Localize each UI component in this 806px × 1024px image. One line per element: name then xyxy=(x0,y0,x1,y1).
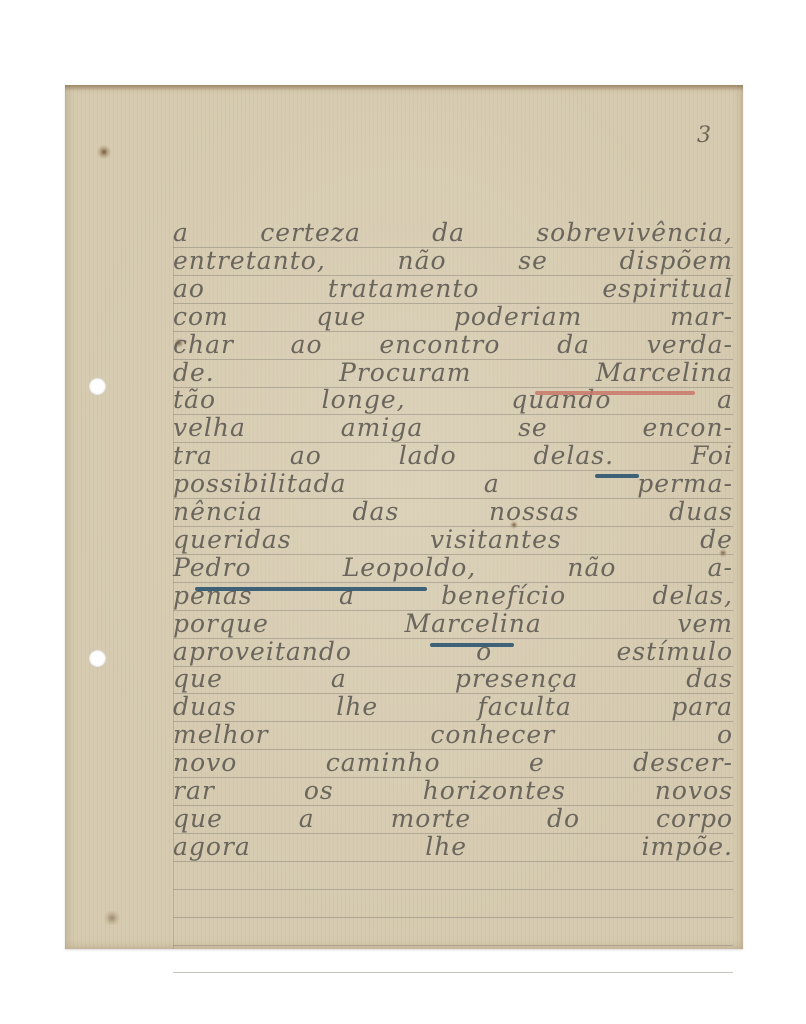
word: estímulo xyxy=(616,638,733,666)
word: encon- xyxy=(643,414,734,442)
word: o xyxy=(476,638,492,666)
word: possibilitada xyxy=(173,470,347,498)
word: tra xyxy=(173,442,213,470)
word: visitantes xyxy=(430,526,562,554)
punch-hole-top xyxy=(89,378,106,395)
text-line: comquepoderiammar- xyxy=(173,305,733,333)
word: lado xyxy=(399,442,457,470)
word: nossas xyxy=(489,498,580,526)
word: entretanto, xyxy=(173,247,326,275)
word: descer- xyxy=(633,749,733,777)
word: poderiam xyxy=(454,303,582,331)
word: duas xyxy=(173,693,237,721)
word: conhecer xyxy=(430,721,555,749)
word: e xyxy=(529,749,545,777)
word: presença xyxy=(455,665,578,693)
text-line: porqueMarcelinavem xyxy=(173,612,733,640)
text-line: queamortedocorpo xyxy=(173,807,733,835)
text-line: melhorconhecero xyxy=(173,723,733,751)
punch-hole-bottom xyxy=(89,650,106,667)
word: char xyxy=(173,331,234,359)
ink-stain xyxy=(97,145,111,159)
blue-pencil-underline xyxy=(595,474,639,478)
text-line: velhaamigaseencon- xyxy=(173,416,733,444)
word: se xyxy=(518,247,548,275)
word: ao xyxy=(290,442,322,470)
text-line: aotratamentoespiritual xyxy=(173,277,733,305)
word: duas xyxy=(669,498,733,526)
word: certeza xyxy=(260,219,361,247)
word: ao xyxy=(173,275,205,303)
word: Foi xyxy=(691,442,733,470)
word: das xyxy=(353,498,400,526)
word: novos xyxy=(655,777,733,805)
ruled-line xyxy=(173,945,733,946)
text-line: duaslhefacultapara xyxy=(173,695,733,723)
word: amiga xyxy=(341,414,424,442)
word: lhe xyxy=(425,833,467,861)
word: os xyxy=(304,777,334,805)
word: o xyxy=(717,721,733,749)
word: faculta xyxy=(478,693,572,721)
word: espiritual xyxy=(602,275,733,303)
text-line: raroshorizontesnovos xyxy=(173,779,733,807)
word: Marcelina xyxy=(405,610,542,638)
word: delas. xyxy=(534,442,614,470)
word: nência xyxy=(173,498,263,526)
word: que xyxy=(316,303,366,331)
word: Procuram xyxy=(339,359,472,387)
word: Marcelina xyxy=(596,359,733,387)
word: das xyxy=(686,665,733,693)
text-line: queapresençadas xyxy=(173,667,733,695)
ink-stain xyxy=(103,911,121,925)
text-line: queridasvisitantesde xyxy=(173,528,733,556)
word: da xyxy=(432,219,465,247)
word: vem xyxy=(677,610,733,638)
word: novo xyxy=(173,749,237,777)
text-line: traaoladodelas.Foi xyxy=(173,444,733,472)
word: não xyxy=(567,554,616,582)
text-line: charaoencontrodaverda- xyxy=(173,333,733,361)
ruled-line xyxy=(173,917,733,918)
word: benefício xyxy=(441,582,566,610)
text-line: de.ProcuramMarcelina xyxy=(173,361,733,389)
red-pencil-underline xyxy=(535,391,695,395)
blue-pencil-underline xyxy=(195,587,427,591)
word: com xyxy=(173,303,229,331)
word: penas xyxy=(173,582,253,610)
word: que xyxy=(173,665,223,693)
word: tratamento xyxy=(328,275,480,303)
page-number: 3 xyxy=(697,123,711,148)
word: melhor xyxy=(173,721,269,749)
text-line: nênciadasnossasduas xyxy=(173,500,733,528)
text-line: PedroLeopoldo,nãoa- xyxy=(173,556,733,584)
word: a- xyxy=(708,554,733,582)
word: não xyxy=(398,247,447,275)
word: a xyxy=(484,470,500,498)
word: a xyxy=(331,665,347,693)
blue-pencil-underline xyxy=(430,643,514,647)
word: ao xyxy=(291,331,323,359)
word: a xyxy=(339,582,355,610)
word: Pedro xyxy=(173,554,252,582)
word: da xyxy=(557,331,590,359)
word: queridas xyxy=(173,526,292,554)
text-line: entretanto,nãosedispõem xyxy=(173,249,733,277)
word: a xyxy=(717,386,733,414)
word: sobrevivência, xyxy=(536,219,733,247)
word: lhe xyxy=(336,693,378,721)
word: dispõem xyxy=(620,247,733,275)
word: verda- xyxy=(647,331,733,359)
manuscript-page: 3 acertezadasobrevivência,entretanto,não… xyxy=(65,85,743,949)
word: tão xyxy=(173,386,216,414)
word: rar xyxy=(173,777,215,805)
word: corpo xyxy=(656,805,733,833)
word: Leopoldo, xyxy=(343,554,477,582)
ruled-line xyxy=(173,972,733,973)
text-line: agoralheimpõe. xyxy=(173,835,733,863)
word: para xyxy=(671,693,733,721)
word: porque xyxy=(173,610,269,638)
word: se xyxy=(518,414,548,442)
ruled-line xyxy=(173,889,733,890)
text-line: novocaminhoedescer- xyxy=(173,751,733,779)
text-line: possibilitadaaperma- xyxy=(173,472,733,500)
word: do xyxy=(547,805,580,833)
word: mar- xyxy=(670,303,733,331)
word: caminho xyxy=(326,749,441,777)
word: encontro xyxy=(379,331,500,359)
word: velha xyxy=(173,414,246,442)
text-line: acertezadasobrevivência, xyxy=(173,221,733,249)
word: impõe. xyxy=(641,833,733,861)
word: longe, xyxy=(322,386,406,414)
word: de. xyxy=(173,359,215,387)
word: aproveitando xyxy=(173,638,352,666)
word: que xyxy=(173,805,223,833)
word: a xyxy=(299,805,315,833)
word: de xyxy=(700,526,733,554)
word: agora xyxy=(173,833,251,861)
word: a xyxy=(173,219,189,247)
word: perma- xyxy=(637,470,733,498)
word: horizontes xyxy=(423,777,566,805)
word: morte xyxy=(391,805,472,833)
word: delas, xyxy=(652,582,732,610)
